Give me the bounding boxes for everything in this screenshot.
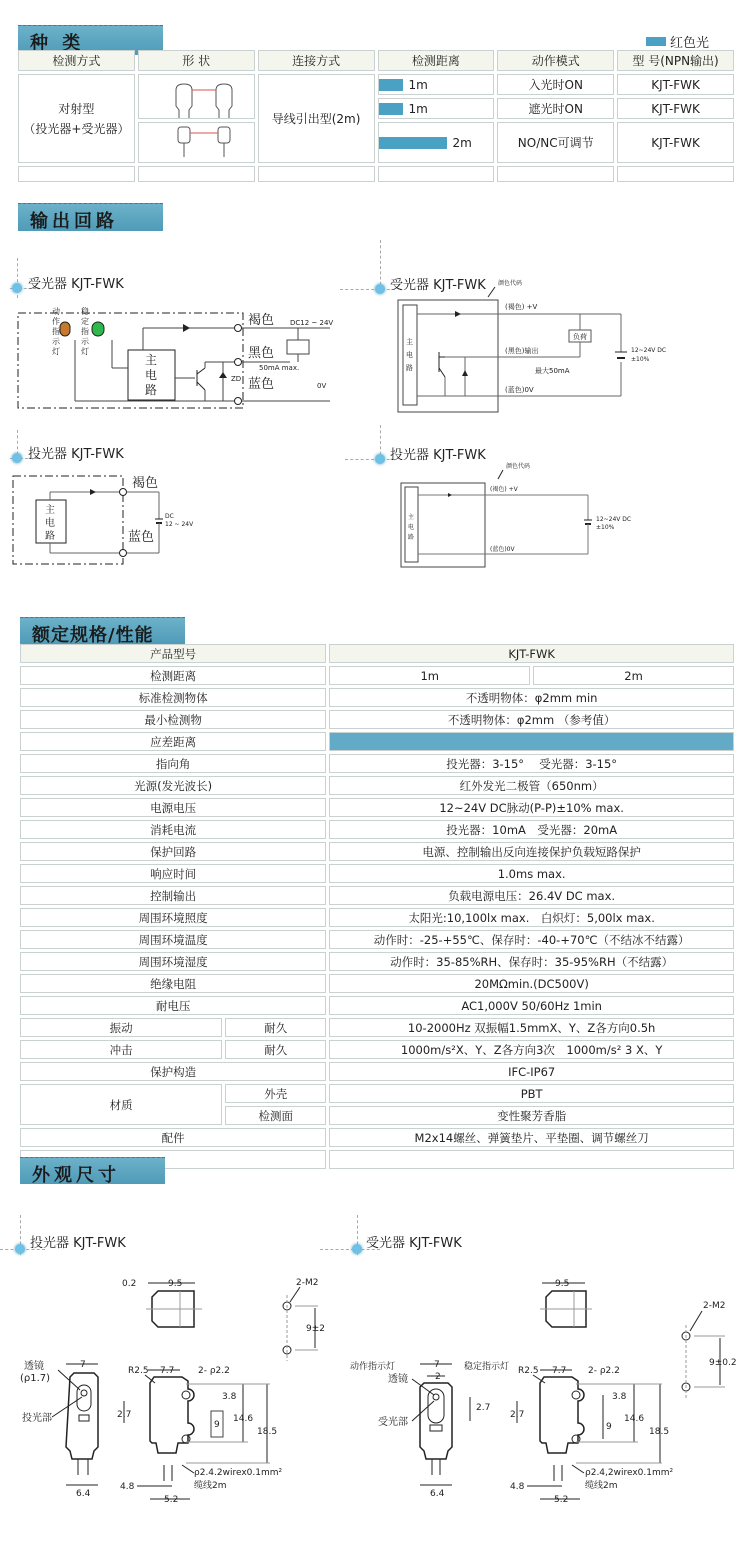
distance-cell-1: 1m — [378, 74, 495, 95]
empty-cell — [617, 166, 734, 182]
receiver-label-left: 受光器 KJT-FWK — [28, 273, 124, 292]
spec-label: 保护构造 — [20, 1062, 326, 1081]
header-mode: 动作模式 — [497, 50, 614, 71]
svg-text:透镜: 透镜 — [24, 1359, 44, 1372]
svg-text:ρ2.4,2wirex0.1mm²: ρ2.4,2wirex0.1mm² — [585, 1468, 674, 1478]
empty-cell — [329, 1150, 734, 1169]
empty-cell — [378, 166, 495, 182]
spec-value: 太阳光:10,100lx max. 白炽灯：5,00lx max. — [329, 908, 734, 927]
header-model: 型 号(NPN输出) — [617, 50, 734, 71]
emitter-dim-label: 投光器 KJT-FWK — [30, 1232, 126, 1251]
spec-label: 周围环境湿度 — [20, 952, 326, 971]
spec-sublabel: 外壳 — [225, 1084, 326, 1103]
spec-value: 动作时：35-85%RH、保存时：35-95%RH（不结露） — [329, 952, 734, 971]
svg-text:缆线2m: 缆线2m — [585, 1479, 618, 1491]
spec-value: 不透明物体：φ2mm （参考值） — [329, 710, 734, 729]
svg-text:(蓝色)0V: (蓝色)0V — [490, 545, 515, 553]
svg-text:路: 路 — [408, 533, 414, 541]
svg-text:DC: DC — [165, 513, 174, 520]
svg-text:主: 主 — [145, 353, 157, 367]
svg-text:(褐色) +V: (褐色) +V — [505, 302, 538, 311]
spec-sublabel: 耐久 — [225, 1018, 326, 1037]
svg-text:2: 2 — [435, 1372, 441, 1382]
svg-text:主: 主 — [408, 513, 414, 521]
svg-text:R2.5: R2.5 — [128, 1366, 149, 1376]
header-detection-method: 检测方式 — [18, 50, 135, 71]
guide-line — [340, 289, 395, 290]
svg-text:5.2: 5.2 — [164, 1495, 178, 1505]
emitter-label-left: 投光器 KJT-FWK — [28, 443, 124, 462]
spec-value: 投光器：10mA 受光器：20mA — [329, 820, 734, 839]
spec-value: PBT — [329, 1084, 734, 1103]
spec-value: 负载电源电压：26.4V DC max. — [329, 886, 734, 905]
empty-cell — [258, 166, 375, 182]
svg-text:2-M2: 2-M2 — [703, 1301, 725, 1311]
detection-method: 对射型 — [23, 99, 130, 119]
shape-cell-2 — [138, 122, 255, 163]
spec-label: 应差距离 — [20, 732, 326, 751]
spec-label: 绝缘电阻 — [20, 974, 326, 993]
svg-text:12~24V DC: 12~24V DC — [631, 347, 666, 354]
spec-value: 投光器：3-15° 受光器：3-15° — [329, 754, 734, 773]
svg-text:黑色: 黑色 — [248, 346, 274, 361]
marker-dot-icon — [12, 283, 22, 293]
svg-text:蓝色: 蓝色 — [128, 529, 154, 545]
svg-text:6.4: 6.4 — [76, 1489, 91, 1499]
empty-cell — [497, 166, 614, 182]
svg-text:ZD: ZD — [231, 375, 241, 383]
spec-label-shock: 冲击 — [20, 1040, 222, 1059]
spec-label: 检测距离 — [20, 666, 326, 685]
svg-text:9.5: 9.5 — [168, 1279, 182, 1289]
svg-text:7: 7 — [434, 1360, 440, 1370]
svg-text:电: 电 — [45, 516, 55, 529]
svg-text:18.5: 18.5 — [649, 1427, 669, 1437]
spec-label: 产品型号 — [20, 644, 326, 663]
svg-text:(褐色) +V: (褐色) +V — [490, 485, 519, 493]
spec-value: KJT-FWK — [329, 644, 734, 663]
spec-label: 配件 — [20, 1128, 326, 1147]
spec-label: 光源(发光波长) — [20, 776, 326, 795]
spec-label: 电源电压 — [20, 798, 326, 817]
distance-value: 1m — [409, 102, 428, 116]
svg-text:路: 路 — [145, 383, 157, 397]
svg-text:7.7: 7.7 — [160, 1366, 174, 1376]
svg-text:示: 示 — [52, 337, 61, 346]
svg-text:2- ρ2.2: 2- ρ2.2 — [588, 1366, 620, 1376]
model-cell-1: KJT-FWK — [617, 74, 734, 95]
svg-text:3.8: 3.8 — [612, 1392, 627, 1402]
spec-sublabel: 耐久 — [225, 1040, 326, 1059]
svg-text:9.5: 9.5 — [555, 1279, 569, 1289]
spec-value: 变性聚芳香脂 — [329, 1106, 734, 1125]
detection-method-cell: 对射型 （投光器+受光器） — [18, 74, 135, 163]
emitter-circuit-left: 主 电 路 褐色 蓝色 DC 12 ~ 24V — [10, 473, 180, 573]
guide-line — [380, 240, 381, 290]
receiver-circuit-right: 颜色代码 主 电 路 (褐色) +V 负荷 (黑色)输出 最大50mA (蓝色)… — [395, 280, 725, 410]
spec-value-2m: 2m — [533, 666, 734, 685]
svg-text:R2.5: R2.5 — [518, 1366, 539, 1376]
section-title-circuit: 输出回路 — [18, 203, 163, 231]
spec-label: 指向角 — [20, 754, 326, 773]
svg-text:9: 9 — [606, 1422, 612, 1432]
svg-text:负荷: 负荷 — [573, 332, 587, 341]
green-indicator-icon — [92, 322, 104, 336]
svg-text:作: 作 — [52, 316, 60, 326]
spec-value: 12~24V DC脉动(P-P)±10% max. — [329, 798, 734, 817]
svg-text:透镜: 透镜 — [388, 1372, 408, 1385]
svg-text:灯: 灯 — [52, 346, 60, 356]
spec-value: 20MΩmin.(DC500V) — [329, 974, 734, 993]
spec-value: 电源、控制输出反向连接保护负载短路保护 — [329, 842, 734, 861]
svg-text:电: 电 — [145, 367, 157, 382]
header-connection: 连接方式 — [258, 50, 375, 71]
spec-value: AC1,000V 50/60Hz 1min — [329, 996, 734, 1015]
svg-text:2-M2: 2-M2 — [296, 1278, 318, 1288]
distance-cell-2: 1m — [378, 98, 495, 119]
emitter-dimension-drawing: 0.2 9.5 2-M2 9±2 7 透镜 (ρ1.7) 投光部 6.4 R2.… — [0, 1275, 340, 1525]
svg-text:定: 定 — [81, 316, 89, 326]
emitter-circuit-right: 颜色代码 主 电 路 (褐色) +V (蓝色)0V 12~24V DC ±10% — [398, 465, 658, 575]
svg-text:示: 示 — [81, 337, 90, 346]
distance-bar — [379, 137, 447, 149]
svg-text:12~24V DC: 12~24V DC — [596, 516, 631, 523]
spec-value: M2x14螺丝、弹簧垫片、平垫圈、调节螺丝刀 — [329, 1128, 734, 1147]
svg-text:褐色: 褐色 — [248, 313, 274, 328]
svg-text:ρ2.4.2wirex0.1mm²: ρ2.4.2wirex0.1mm² — [194, 1468, 283, 1478]
svg-text:0V: 0V — [317, 382, 326, 390]
svg-text:灯: 灯 — [81, 346, 89, 356]
svg-text:2.7: 2.7 — [476, 1403, 490, 1413]
svg-text:颜色代码: 颜色代码 — [498, 279, 522, 287]
svg-text:指: 指 — [81, 326, 89, 336]
spec-label: 控制输出 — [20, 886, 326, 905]
header-distance: 检测距离 — [378, 50, 495, 71]
svg-text:9±0.2: 9±0.2 — [709, 1358, 737, 1368]
svg-text:稳: 稳 — [81, 306, 90, 316]
svg-text:稳定指示灯: 稳定指示灯 — [464, 1360, 509, 1372]
svg-text:7.7: 7.7 — [552, 1366, 566, 1376]
svg-text:投光部: 投光部 — [22, 1411, 52, 1424]
svg-text:路: 路 — [45, 529, 55, 542]
empty-cell — [18, 166, 135, 182]
spec-value: 10-2000Hz 双振幅1.5mmX、Y、Z各方向0.5h — [329, 1018, 734, 1037]
svg-text:(黑色)输出: (黑色)输出 — [505, 346, 538, 355]
svg-text:主: 主 — [406, 337, 413, 346]
shape-cell-1 — [138, 74, 255, 119]
svg-text:缆线2m: 缆线2m — [194, 1479, 227, 1491]
svg-text:褐色: 褐色 — [132, 476, 158, 491]
mode-cell-3: NO/NC可调节 — [497, 122, 614, 163]
distance-bar — [379, 79, 403, 91]
receiver-dim-label: 受光器 KJT-FWK — [366, 1232, 462, 1251]
marker-dot-icon — [375, 454, 385, 464]
svg-text:6.4: 6.4 — [430, 1489, 445, 1499]
spec-label: 响应时间 — [20, 864, 326, 883]
svg-text:9±2: 9±2 — [306, 1324, 325, 1334]
spec-label-material: 材质 — [20, 1084, 222, 1125]
empty-cell — [138, 166, 255, 182]
distance-value: 2m — [453, 136, 472, 150]
section-title-specs: 额定规格/性能 — [20, 617, 185, 644]
svg-text:±10%: ±10% — [631, 356, 650, 363]
spec-value: 动作时：-25-+55℃、保存时：-40-+70℃（不结冰不结露） — [329, 930, 734, 949]
orange-indicator-icon — [60, 322, 70, 336]
legend-swatch — [646, 37, 666, 46]
spec-label: 最小检测物 — [20, 710, 326, 729]
marker-dot-icon — [375, 284, 385, 294]
svg-text:(ρ1.7): (ρ1.7) — [20, 1373, 50, 1384]
svg-text:电: 电 — [406, 350, 413, 359]
sensor-pair-small-icon — [154, 123, 254, 159]
svg-text:颜色代码: 颜色代码 — [506, 462, 530, 470]
mode-cell-2: 遮光时ON — [497, 98, 614, 119]
svg-text:4.8: 4.8 — [510, 1482, 525, 1492]
guide-line — [345, 459, 395, 460]
spec-label: 消耗电流 — [20, 820, 326, 839]
spec-label: 周围环境温度 — [20, 930, 326, 949]
types-table: 检测方式 形 状 连接方式 检测距离 动作模式 型 号(NPN输出) 对射型 （… — [15, 47, 737, 185]
spec-value: 1000m/s²X、Y、Z各方向3次 1000m/s² 3 X、Y — [329, 1040, 734, 1059]
svg-text:电: 电 — [408, 523, 414, 531]
emitter-label-right: 投光器 KJT-FWK — [390, 444, 486, 463]
spec-label: 耐电压 — [20, 996, 326, 1015]
specs-table: 产品型号 KJT-FWK 检测距离 1m 2m 标准检测物体不透明物体：φ2mm… — [17, 641, 737, 1172]
svg-text:最大50mA: 最大50mA — [535, 366, 570, 375]
svg-text:50mA max.: 50mA max. — [259, 364, 299, 372]
svg-text:路: 路 — [406, 363, 413, 372]
receiver-circuit-left: 动 作 指 示 灯 稳 定 指 示 灯 主 电 路 ZD 褐色 黑色 蓝色 DC… — [15, 300, 375, 420]
spec-label: 保护回路 — [20, 842, 326, 861]
svg-text:2- ρ2.2: 2- ρ2.2 — [198, 1366, 230, 1376]
svg-text:DC12 ~ 24V: DC12 ~ 24V — [290, 319, 333, 327]
svg-text:(蓝色)0V: (蓝色)0V — [505, 385, 534, 394]
marker-dot-icon — [12, 453, 22, 463]
svg-text:9: 9 — [214, 1420, 220, 1430]
spec-sublabel: 检测面 — [225, 1106, 326, 1125]
svg-text:12 ~ 24V: 12 ~ 24V — [165, 521, 194, 528]
svg-text:指: 指 — [52, 326, 60, 336]
svg-text:7: 7 — [80, 1360, 86, 1370]
distance-cell-3: 2m — [378, 122, 495, 163]
header-shape: 形 状 — [138, 50, 255, 71]
spec-value-highlight — [329, 732, 734, 751]
svg-text:蓝色: 蓝色 — [248, 376, 274, 392]
distance-value: 1m — [409, 78, 428, 92]
svg-text:±10%: ±10% — [596, 524, 615, 531]
connection-cell: 导线引出型(2m) — [258, 74, 375, 163]
model-cell-3: KJT-FWK — [617, 122, 734, 163]
receiver-dimension-drawing: 9.5 2-M2 9±0.2 动作指示灯 稳定指示灯 7 2 透镜 受光部 2.… — [340, 1275, 740, 1525]
svg-text:主: 主 — [45, 504, 55, 516]
detection-method-sub: （投光器+受光器） — [23, 119, 130, 139]
section-title-dimensions: 外观尺寸 — [20, 1157, 165, 1184]
distance-bar — [379, 103, 403, 115]
spec-label: 周围环境照度 — [20, 908, 326, 927]
svg-text:5.2: 5.2 — [554, 1495, 568, 1505]
model-cell-2: KJT-FWK — [617, 98, 734, 119]
spec-label: 标准检测物体 — [20, 688, 326, 707]
sensor-pair-icon — [154, 78, 254, 118]
spec-value: 1.0ms max. — [329, 864, 734, 883]
marker-dot-icon — [352, 1244, 362, 1254]
svg-text:受光部: 受光部 — [378, 1415, 408, 1428]
marker-dot-icon — [15, 1244, 25, 1254]
spec-value: 不透明物体：φ2mm min — [329, 688, 734, 707]
spec-value: 红外发光二极管（650nm） — [329, 776, 734, 795]
indicator1-label: 动 — [52, 306, 60, 316]
svg-text:4.8: 4.8 — [120, 1482, 135, 1492]
spec-value-1m: 1m — [329, 666, 530, 685]
svg-text:3.8: 3.8 — [222, 1392, 237, 1402]
svg-text:动作指示灯: 动作指示灯 — [350, 1360, 395, 1372]
spec-value: IFC-IP67 — [329, 1062, 734, 1081]
spec-label-vibration: 振动 — [20, 1018, 222, 1037]
mode-cell-1: 入光时ON — [497, 74, 614, 95]
svg-text:0.2: 0.2 — [122, 1279, 136, 1289]
